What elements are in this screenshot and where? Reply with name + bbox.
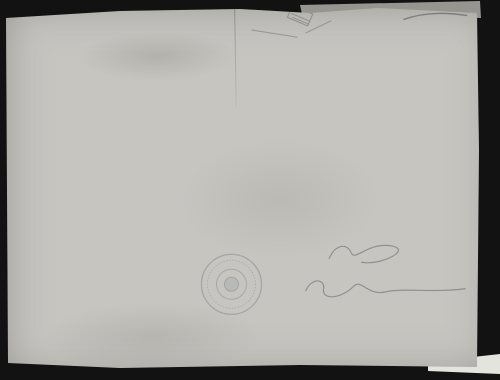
fold-crease xyxy=(234,8,237,108)
scanned-document-page xyxy=(0,0,500,380)
round-seal-icon xyxy=(195,250,268,323)
document-title xyxy=(0,33,458,40)
paper-stain xyxy=(78,30,239,83)
paper-sheet xyxy=(0,0,500,380)
signature-flourish xyxy=(321,235,472,271)
document-subtitle xyxy=(34,54,472,61)
signature-flourish xyxy=(301,269,472,308)
page-content xyxy=(0,0,500,380)
